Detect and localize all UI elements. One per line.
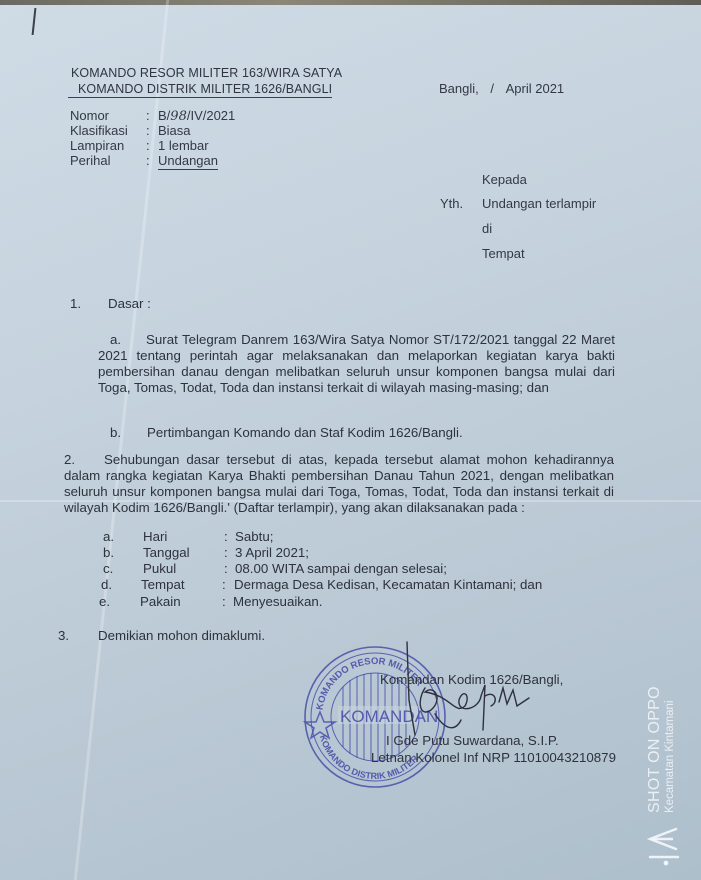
nomor-handwritten: 98: [170, 109, 187, 124]
detail-label: Tempat: [141, 577, 185, 592]
item-1b-letter: b.: [110, 425, 121, 440]
date-line: Bangli, / April 2021: [439, 81, 564, 96]
section-2-body: Sehubungan dasar tersebut di atas, kepad…: [64, 452, 614, 515]
detail-label: Hari: [143, 529, 167, 544]
meta-label: Lampiran: [70, 138, 124, 153]
section-1-number: 1.: [70, 296, 81, 311]
signer-rank-nrp: Letnan Kolonel Inf NRP 11010043210879: [371, 750, 616, 765]
item-1a-text: Surat Telegram Danrem 163/Wira Satya Nom…: [98, 332, 615, 396]
letterhead-underline: [68, 97, 332, 98]
recipient-tempat: Tempat: [482, 246, 525, 261]
meta-lampiran: Lampiran : 1 lembar: [0, 138, 400, 154]
recipient-di: di: [482, 221, 492, 236]
detail-colon: :: [224, 561, 228, 576]
pen-mark: [32, 8, 37, 35]
detail-label: Pakain: [140, 594, 181, 609]
nomor-prefix: B/: [158, 108, 170, 123]
date-day: /: [490, 81, 494, 96]
detail-value: Sabtu;: [235, 529, 273, 544]
detail-label: Tanggal: [143, 545, 190, 560]
meta-value: Undangan: [158, 153, 218, 170]
ai-camera-logo-icon: [644, 825, 684, 867]
section-2-text: Sehubungan dasar tersebut di atas, kepad…: [64, 452, 614, 516]
detail-value: 08.00 WITA sampai dengan selesai;: [235, 561, 447, 576]
detail-value: Dermaga Desa Kedisan, Kecamatan Kintaman…: [234, 577, 542, 592]
detail-letter: a.: [103, 529, 114, 544]
detail-letter: e.: [99, 594, 110, 609]
detail-value: 3 April 2021;: [235, 545, 309, 560]
paper-top-edge: [0, 0, 701, 5]
meta-label: Perihal: [70, 153, 110, 168]
recipient-to: Undangan terlampir: [482, 196, 596, 211]
watermark-line-2: Kecamatan Kintamani: [664, 700, 676, 813]
detail-colon: :: [224, 529, 228, 544]
item-1b-text: Pertimbangan Komando dan Staf Kodim 1626…: [147, 425, 463, 440]
camera-watermark: SHOT ON OPPO Kecamatan Kintamani: [640, 680, 696, 870]
section-3-text: Demikian mohon dimaklumi.: [98, 628, 265, 643]
date-month-year: April 2021: [506, 81, 565, 96]
meta-value: B/98/IV/2021: [158, 108, 235, 124]
meta-perihal: Perihal : Undangan: [0, 153, 400, 171]
meta-value: 1 lembar: [158, 138, 209, 153]
detail-label: Pukul: [143, 561, 176, 576]
handwritten-signature: [395, 640, 545, 740]
detail-letter: b.: [103, 545, 114, 560]
meta-label: Nomor: [70, 108, 109, 123]
meta-colon: :: [146, 138, 150, 153]
detail-letter: c.: [103, 561, 113, 576]
meta-colon: :: [146, 108, 150, 123]
watermark-line-1: SHOT ON OPPO: [646, 686, 664, 813]
letterhead-line-2: KOMANDO DISTRIK MILITER 1626/BANGLI: [78, 82, 332, 96]
signer-name: I Gde Putu Suwardana, S.I.P.: [386, 733, 559, 748]
meta-label: Klasifikasi: [70, 123, 128, 138]
meta-klasifikasi: Klasifikasi : Biasa: [0, 123, 400, 139]
meta-nomor: Nomor : B/98/IV/2021: [0, 108, 400, 124]
nomor-suffix: /IV/2021: [187, 108, 235, 123]
detail-letter: d.: [101, 577, 112, 592]
meta-value: Biasa: [158, 123, 191, 138]
section-3-number: 3.: [58, 628, 69, 643]
letterhead-line-1: KOMANDO RESOR MILITER 163/WIRA SATYA: [71, 66, 342, 80]
detail-colon: :: [224, 545, 228, 560]
recipient-kepada: Kepada: [482, 172, 527, 187]
item-1a-body: Surat Telegram Danrem 163/Wira Satya Nom…: [98, 332, 615, 395]
detail-value: Menyesuaikan.: [233, 594, 322, 609]
detail-colon: :: [222, 594, 226, 609]
meta-colon: :: [146, 123, 150, 138]
star-icon: [305, 712, 335, 738]
meta-colon: :: [146, 153, 150, 168]
date-place: Bangli,: [439, 81, 479, 96]
section-1-title: Dasar :: [108, 296, 151, 311]
recipient-yth: Yth.: [440, 196, 463, 211]
detail-colon: :: [222, 577, 226, 592]
